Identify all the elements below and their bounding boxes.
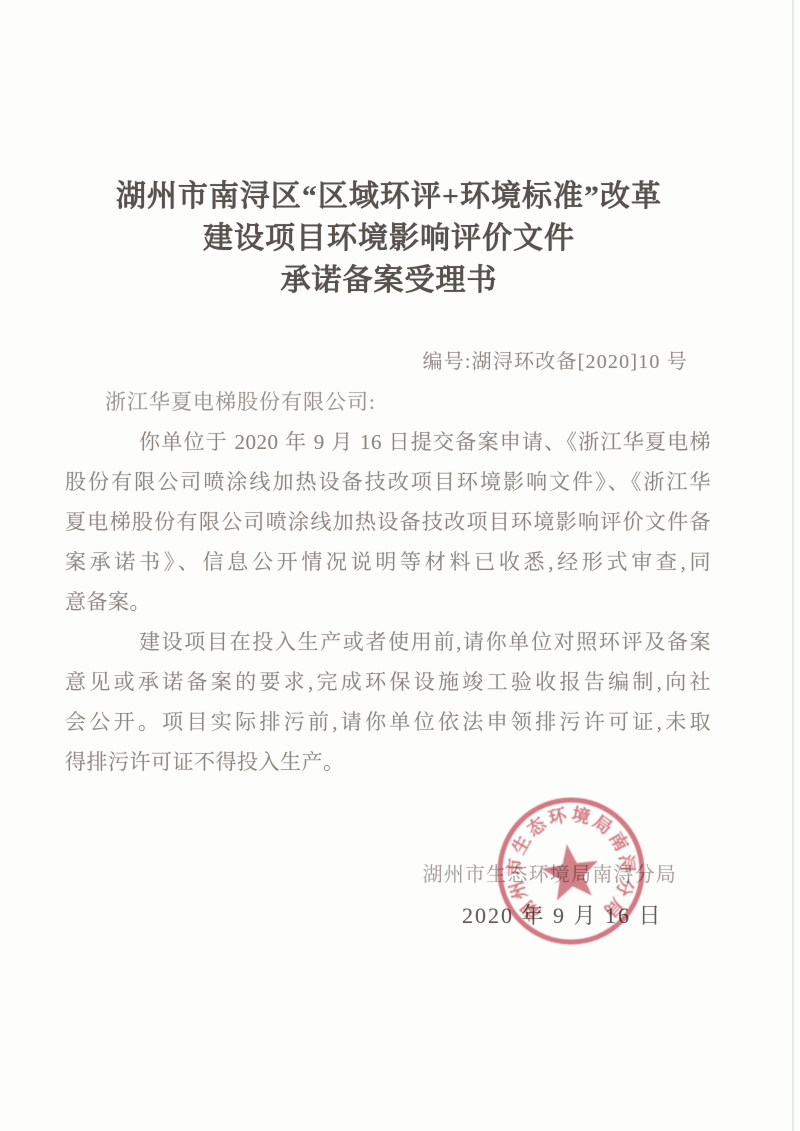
- star-icon: [539, 840, 603, 902]
- paragraph-line: 股份有限公司喷涂线加热设备技改项目环境影响文件》、《浙江华: [65, 462, 711, 502]
- page-edge-shadow: [792, 0, 794, 1131]
- title-line-2: 建设项目环境影响评价文件: [0, 218, 778, 260]
- paragraph-1: 你单位于 2020 年 9 月 16 日提交备案申请、《浙江华夏电梯 股份有限公…: [65, 422, 711, 622]
- paragraph-line: 夏电梯股份有限公司喷涂线加热设备技改项目环境影响评价文件备: [65, 502, 711, 542]
- title-line-3: 承诺备案受理书: [0, 260, 778, 302]
- paragraph-line: 会公开。项目实际排污前,请你单位依法申领排污许可证,未取: [65, 702, 711, 742]
- document-title: 湖州市南浔区“区域环评+环境标准”改革 建设项目环境影响评价文件 承诺备案受理书: [0, 176, 800, 302]
- paragraph-line: 意备案。: [65, 582, 711, 622]
- recipient-line: 浙江华夏电梯股份有限公司:: [105, 382, 711, 422]
- doc-number: 编号:湖浔环改备[2020]10 号: [423, 345, 688, 374]
- scanned-letter-page: 湖州市南浔区“区域环评+环境标准”改革 建设项目环境影响评价文件 承诺备案受理书…: [0, 0, 800, 1131]
- paragraph-line: 建设项目在投入生产或者使用前,请你单位对照环评及备案: [65, 622, 711, 662]
- paragraph-2: 建设项目在投入生产或者使用前,请你单位对照环评及备案 意见或承诺备案的要求,完成…: [65, 622, 711, 782]
- official-seal-stamp: 湖州市生态环境局南浔分局: [487, 787, 655, 955]
- title-line-1: 湖州市南浔区“区域环评+环境标准”改革: [0, 176, 778, 218]
- paragraph-line: 案承诺书》、信息公开情况说明等材料已收悉,经形式审查,同: [65, 542, 711, 582]
- paragraph-line: 你单位于 2020 年 9 月 16 日提交备案申请、《浙江华夏电梯: [65, 422, 711, 462]
- paragraph-line: 意见或承诺备案的要求,完成环保设施竣工验收报告编制,向社: [65, 662, 711, 702]
- letter-body: 浙江华夏电梯股份有限公司: 你单位于 2020 年 9 月 16 日提交备案申请…: [65, 382, 711, 782]
- paragraph-line: 得排污许可证不得投入生产。: [65, 742, 711, 782]
